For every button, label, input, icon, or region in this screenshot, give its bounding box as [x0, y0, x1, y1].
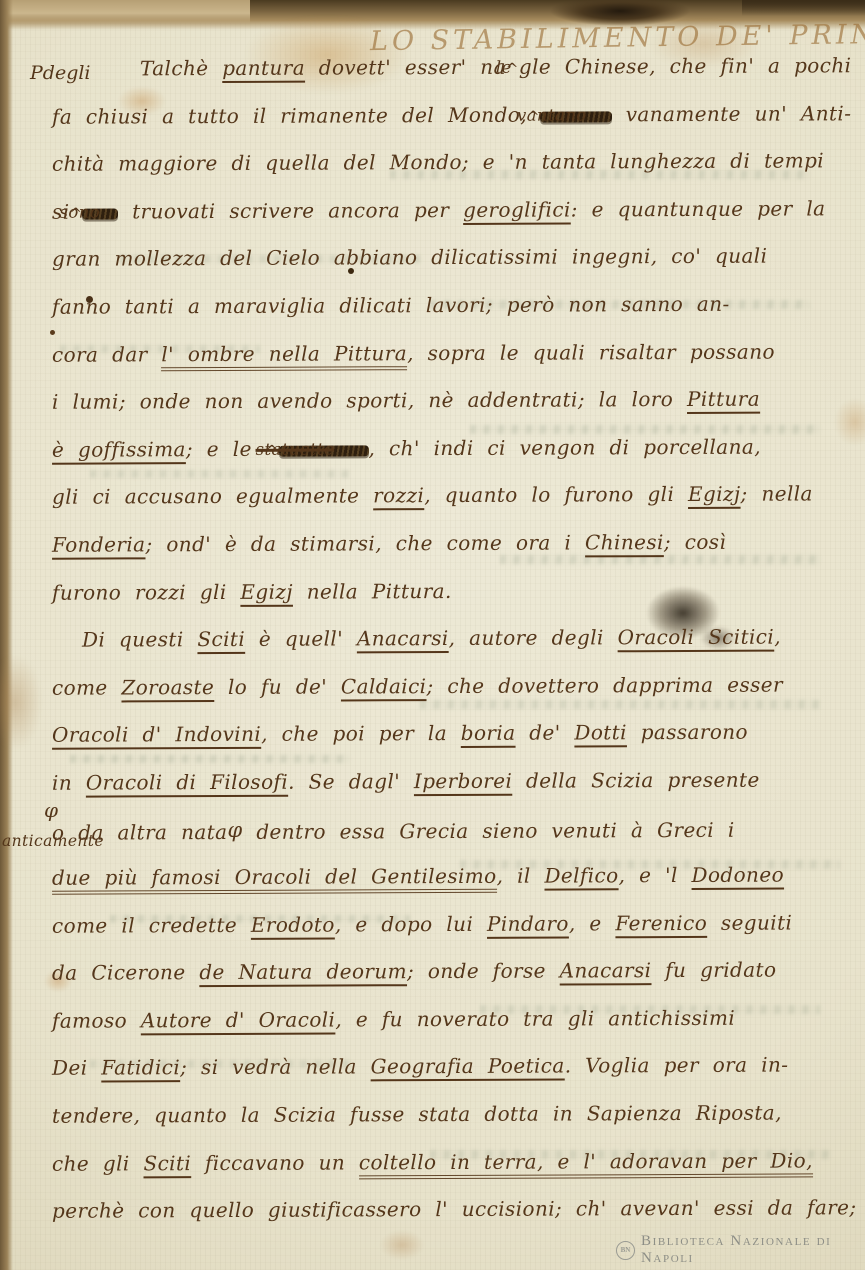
manuscript-line: Talchè pantura dovett' esser' nale^gle C…	[52, 42, 852, 93]
text-segment: Dotti	[574, 721, 627, 745]
text-segment: Dei	[52, 1056, 101, 1080]
text-segment: , e	[569, 911, 616, 935]
text-segment: fa chiusi a tutto il rimanente del Mondo…	[52, 102, 527, 128]
library-watermark-text: Biblioteca Nazionale di Napoli	[641, 1233, 865, 1267]
text-segment: nella Pittura.	[293, 579, 452, 604]
text-segment: , il	[497, 864, 545, 888]
manuscript-line: i lumi; onde non avendo sporti, nè adden…	[52, 375, 852, 426]
text-segment: come il credette	[52, 913, 251, 938]
manuscript-text: Talchè pantura dovett' esser' nale^gle C…	[52, 44, 852, 1234]
manuscript-line: sisono^ truovati scrivere ancora per ger…	[52, 185, 852, 236]
text-segment: lo fu de'	[214, 674, 341, 699]
manuscript-line: Dei Fatidici; si vedrà nella Geografia P…	[52, 1042, 852, 1093]
text-segment: gle Chinese, che fin' a pochi secoli	[519, 53, 865, 79]
manuscript-line: in Oracoli di Filosofi. Se dagl' Iperbor…	[52, 756, 852, 807]
text-segment: , autore degli	[449, 625, 618, 650]
text-segment: famoso	[52, 1008, 141, 1032]
manuscript-line: gli ci accusano egualmente rozzi, quanto…	[52, 471, 852, 522]
text-segment: . Se dagl'	[288, 769, 414, 794]
manuscript-line: perchè con quello giustificassero l' ucc…	[52, 1185, 852, 1236]
text-segment: due più famosi Oracoli del Gentilesimo	[52, 864, 497, 895]
manuscript-line: chità maggiore di quella del Mondo; e 'n…	[52, 137, 852, 188]
text-segment: da Cicerone	[52, 960, 199, 985]
manuscript-line: è goffissima; e le statuette^, ch' indi …	[52, 423, 852, 474]
text-segment: , che poi per la	[261, 721, 461, 746]
text-segment: in	[52, 771, 86, 795]
manuscript-line: Fonderia; ond' è da stimarsi, che come o…	[52, 518, 852, 569]
manuscript-line: fanno tanti a maraviglia dilicati lavori…	[52, 280, 852, 331]
text-segment: dentro essa Grecia sieno venuti à Greci …	[243, 817, 735, 843]
text-segment: , quanto lo furono gli	[424, 482, 688, 507]
text-segment: , e dopo lui	[335, 912, 487, 937]
text-segment: Geografia Poetica	[371, 1054, 565, 1079]
text-segment: passarono	[627, 720, 748, 745]
text-segment: de'	[515, 721, 574, 745]
text-segment: coltello in terra, e l' adoravan per Dio…	[359, 1148, 813, 1179]
library-logo-icon: BN	[616, 1241, 635, 1260]
text-segment: tendere, quanto la Scizia fusse stata do…	[52, 1101, 782, 1128]
text-segment: ; e le	[186, 437, 266, 461]
text-segment: ,	[774, 625, 781, 649]
text-segment: Fonderia	[52, 532, 146, 556]
manuscript-line: gran mollezza del Cielo abbiano dilicati…	[52, 233, 852, 284]
text-segment: che gli	[52, 1151, 144, 1175]
text-segment: , ch' indi ci vengon di porcellana,	[368, 434, 761, 460]
text-segment: chità maggiore di quella del Mondo; e 'n…	[52, 149, 824, 176]
text-segment: Zoroaste	[121, 675, 214, 699]
text-segment: è goffissima	[52, 437, 186, 462]
text-segment: Pindaro	[487, 911, 569, 935]
text-segment: l' ombre nella Pittura	[161, 341, 407, 371]
manuscript-line: da Cicerone de Natura deorum; onde forse…	[52, 947, 852, 998]
text-segment: truovati scrivere ancora per	[118, 198, 463, 224]
text-segment: ; si vedrà nella	[180, 1055, 371, 1080]
text-segment: gli ci accusano egualmente	[52, 484, 373, 509]
interlinear-insertion: le^	[506, 44, 519, 94]
text-segment: dovett' esser' na	[305, 55, 506, 80]
text-segment: ; così	[664, 530, 727, 554]
text-segment: , e fu noverato tra gli antichissimi	[335, 1006, 735, 1032]
manuscript-line: che gli Sciti ficcavano un coltello in t…	[52, 1137, 852, 1188]
text-segment: ficcavano un	[191, 1150, 359, 1175]
text-segment: Oracoli Scitici	[618, 625, 775, 650]
text-segment: . Voglia per ora in-	[565, 1053, 789, 1078]
text-segment: , sopra le quali risaltar possano	[407, 339, 775, 365]
text-segment: Chinesi	[585, 530, 664, 554]
text-segment: Oracoli di Filosofi	[86, 770, 288, 795]
inline-insertion-mark: φ	[227, 817, 242, 841]
text-segment: geroglifici	[463, 197, 571, 221]
text-segment: Egizj	[240, 579, 293, 603]
text-segment: Erodoto	[251, 912, 335, 936]
text-segment: come	[52, 675, 122, 699]
text-segment: Pittura	[687, 387, 760, 411]
manuscript-line: Di questi Sciti è quell' Anacarsi, autor…	[52, 613, 852, 664]
text-segment: Egizj	[688, 482, 741, 506]
interlinear-insertion: vantano^	[527, 91, 540, 141]
text-segment: Sciti	[143, 1151, 191, 1175]
text-segment: , e 'l	[618, 863, 691, 887]
text-segment: fu gridato	[651, 958, 776, 983]
text-segment: : e quantunque per la	[571, 196, 826, 221]
inserted-word: sono	[59, 204, 100, 221]
inserted-word: vantano	[517, 107, 587, 124]
text-segment: vanamente un' Anti-	[612, 101, 852, 126]
text-segment: della Scizia presente	[512, 768, 760, 793]
manuscript-line: Oracoli d' Indovini, che poi per la bori…	[52, 709, 852, 760]
library-watermark: BN Biblioteca Nazionale di Napoli	[616, 1233, 865, 1267]
manuscript-line: o da altra nataφ dentro essa Grecia sien…	[52, 804, 852, 855]
text-segment: Anacarsi	[357, 626, 449, 650]
text-segment: Caldaici	[341, 674, 427, 698]
text-segment: ; ond' è da stimarsi, che come ora i	[145, 530, 585, 556]
text-segment: ; onde forse	[407, 959, 560, 984]
text-segment: Oracoli d' Indovini	[52, 722, 261, 747]
inserted-word: statuette	[256, 441, 335, 458]
text-segment: ; che dovettero dapprima esser	[426, 672, 783, 698]
manuscript-line: come Zoroaste lo fu de' Caldaici; che do…	[52, 661, 852, 712]
manuscript-line: cora dar l' ombre nella Pittura, sopra l…	[52, 328, 852, 379]
text-segment: ; nella	[740, 482, 812, 506]
manuscript-line: fa chiusi a tutto il rimanente del Mondo…	[52, 90, 852, 141]
text-segment: Anacarsi	[560, 958, 652, 982]
text-segment: Iperborei	[414, 769, 512, 793]
text-segment: Autore d' Oracoli	[141, 1007, 336, 1032]
text-segment: Fatidici	[101, 1056, 180, 1080]
inserted-word: le	[496, 60, 512, 77]
manuscript-page: LO STABILIMENTO DE' PRINCIPJ. Pdegli φ a…	[0, 0, 865, 1270]
text-segment: pantura	[222, 56, 305, 80]
text-segment: gran mollezza del Cielo abbiano dilicati…	[52, 244, 767, 271]
text-segment: i lumi; onde non avendo sporti, nè adden…	[52, 387, 687, 414]
text-segment: boria	[461, 721, 516, 745]
text-segment: rozzi	[373, 483, 424, 507]
manuscript-line: tendere, quanto la Scizia fusse stata do…	[52, 1089, 852, 1140]
text-segment: Delfico	[544, 863, 618, 887]
page-top-right-edge	[742, 0, 865, 16]
text-segment: furono rozzi gli	[52, 579, 240, 604]
interlinear-insertion: sono^	[69, 188, 82, 238]
text-segment: seguiti	[707, 910, 792, 934]
manuscript-line: famoso Autore d' Oracoli, e fu noverato …	[52, 994, 852, 1045]
text-segment: è quell'	[245, 627, 357, 651]
text-segment: Talchè	[140, 56, 222, 80]
manuscript-line: due più famosi Oracoli del Gentilesimo, …	[52, 851, 852, 902]
text-segment: cora dar	[52, 342, 161, 366]
page-top-edge-light	[0, 0, 250, 24]
text-segment: Dodoneo	[691, 863, 784, 887]
text-segment: fanno tanti a maraviglia dilicati lavori…	[52, 292, 730, 319]
manuscript-line: furono rozzi gli Egizj nella Pittura.	[52, 566, 852, 617]
text-segment: Di questi	[82, 627, 197, 652]
page-left-edge	[0, 0, 13, 1270]
text-segment: Ferenico	[615, 911, 707, 935]
text-segment: Sciti	[197, 627, 245, 651]
text-segment: o da altra nata	[52, 819, 228, 844]
manuscript-line: come il credette Erodoto, e dopo lui Pin…	[52, 899, 852, 950]
text-segment: perchè con quello giustificassero l' ucc…	[52, 1195, 857, 1223]
interlinear-insertion: statuette^	[265, 426, 278, 476]
text-segment: de Natura deorum	[199, 959, 407, 984]
